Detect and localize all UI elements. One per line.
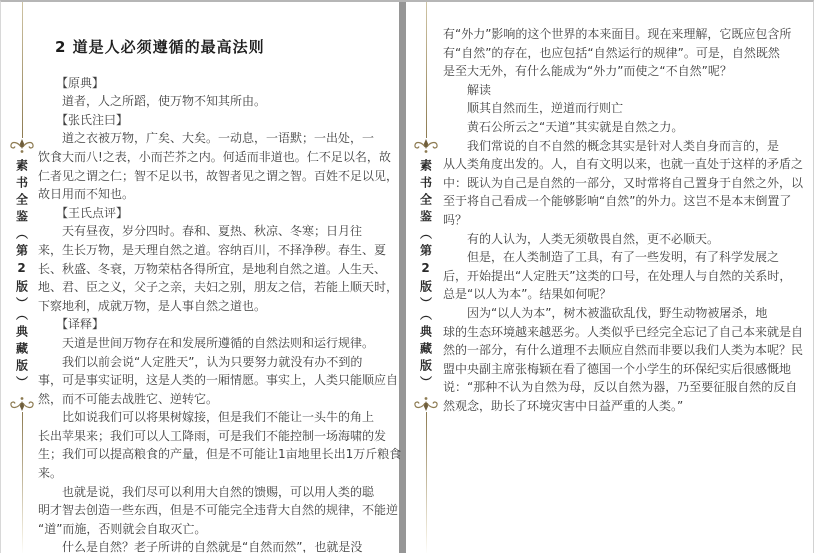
text-line: “道”而施，否则就会自取灭亡。 <box>38 520 396 539</box>
fleuron-icon <box>413 138 439 154</box>
fleuron-icon <box>9 396 35 412</box>
text-line: 天道是世间万物存在和发展所遵循的自然法则和运行规律。 <box>38 334 396 353</box>
text-line: 至于将自己看成一个能够影响“自然”的外力。这岂不是本末倒置了 <box>443 192 797 211</box>
text-line: 长、秋盛、冬衰，万物荣枯各得所宜，是地利自然之道。人生天、 <box>38 260 396 279</box>
text-line: 饮食大而八!之表，小而芒芥之内。何适而非道也。仁不足以名，故 <box>38 148 396 167</box>
left-page-body: 2 道是人必须遵循的最高法则 【原典】 道者，人之所蹈，使万物不知其所由。 【张… <box>38 38 396 553</box>
book-spread: 素书全鉴（第2版）（典藏版） <box>0 0 814 553</box>
chapter-title: 2 道是人必须遵循的最高法则 <box>38 38 396 57</box>
text-line: 解读 <box>443 81 797 100</box>
text-line: 【原典】 <box>38 74 396 93</box>
text-line: 长出苹果来；我们可以人工降雨，可是我们不能控制一场海啸的发 <box>38 427 396 446</box>
ornament-rule-top <box>426 2 427 138</box>
text-line: 因为“以人为本”，树木被滥砍乱伐，野生动物被屠杀，地 <box>443 304 797 323</box>
text-line: 也就是说，我们尽可以利用大自然的馈赐，可以用人类的聪 <box>38 483 396 502</box>
text-line: 黄石公所云之“天道”其实就是自然之力。 <box>443 118 797 137</box>
text-line: 顺其自然而生，逆道而行则亡 <box>443 99 797 118</box>
right-margin-ornament: 素书全鉴（第2版）（典藏版） <box>413 2 439 553</box>
text-line: 比如说我们可以将果树嫁接，但是我们不能让一头牛的角上 <box>38 408 396 427</box>
text-line: 道之衣被万物，广矣、大矣。一动息，一语默；一出处，一 <box>38 129 396 148</box>
text-line: 盟中央副主席张梅颖在看了德国一个小学生的环保纪实后很感慨地 <box>443 360 797 379</box>
text-line: 中：既认为自己是自然的一部分，又时常将自己置身于自然之外，以 <box>443 174 797 193</box>
series-title-vertical: 素书全鉴（第2版）（典藏版） <box>14 159 31 393</box>
text-line: 【王氏点评】 <box>38 204 396 223</box>
text-line: 吗？ <box>443 211 797 230</box>
text-line: 说：“那种不认为自然为母，反以自然为器，乃至要征服自然的反自 <box>443 378 797 397</box>
right-page-text: 有“外力”影响的这个世界的本来面目。现在来理解，它既应包含所有“自然”的存在，也… <box>443 25 797 415</box>
text-line: 从人类角度出发的。人，自有文明以来，也就一直处于这样的矛盾之 <box>443 155 797 174</box>
text-line: 后，开始提出“人定胜天”这类的口号，在处理人与自然的关系时， <box>443 267 797 286</box>
text-line: 事，可是事实证明，这是人类的一厢情愿。事实上，人类只能顺应自 <box>38 371 396 390</box>
left-page-text: 【原典】 道者，人之所蹈，使万物不知其所由。 【张氏注曰】 道之衣被万物，广矣、… <box>38 74 396 553</box>
right-page-body: 有“外力”影响的这个世界的本来面目。现在来理解，它既应包含所有“自然”的存在，也… <box>443 25 797 415</box>
text-line: 然观念，助长了环境灾害中日益严重的人类。” <box>443 397 797 416</box>
fleuron-icon <box>413 396 439 412</box>
text-line: 是至大无外，有什么能成为“外力”而使之“不自然”呢？ <box>443 62 797 81</box>
fleuron-icon <box>9 138 35 154</box>
page-gutter-divider <box>399 2 406 553</box>
text-line: 明才智去创造一些东西，但是不可能完全违背大自然的规律，不能逆 <box>38 501 396 520</box>
ornament-rule-bottom <box>22 412 23 553</box>
text-line: 总是“以人为本”。结果如何呢？ <box>443 285 797 304</box>
text-line: 有“自然”的存在，也应包括“自然运行的规律”。可是，自然既然 <box>443 44 797 63</box>
text-line: 但是，在人类制造了工具，有了一些发明，有了科学发展之 <box>443 248 797 267</box>
text-line: 【张氏注曰】 <box>38 111 396 130</box>
text-line: 下察地利，成就万物，是人事自然之道也。 <box>38 297 396 316</box>
text-line: 地、君、臣之义，父子之亲，夫妇之别，朋友之信，若能上顺天时， <box>38 278 396 297</box>
text-line: 【译释】 <box>38 315 396 334</box>
text-line: 道者，人之所蹈，使万物不知其所由。 <box>38 92 396 111</box>
series-title-vertical: 素书全鉴（第2版）（典藏版） <box>418 159 435 393</box>
text-line: 我们常说的自不自然的概念其实是针对人类自身而言的，是 <box>443 137 797 156</box>
text-line: 来。 <box>38 464 396 483</box>
text-line: 然的一部分，有什么道理不去顺应自然而非要以我们人类为本呢？民 <box>443 341 797 360</box>
ornament-rule-top <box>22 2 23 138</box>
text-line: 仁者见之谓之仁；智不足以书，故智者见之谓之智。百姓不足以见， <box>38 167 396 186</box>
text-line: 什么是自然？老子所讲的自然就是“自然而然”，也就是没 <box>38 538 396 553</box>
text-line: 生；我们可以提高粮食的产量，但是不可能让1亩地里长出1万斤粮食 <box>38 445 396 464</box>
ornament-rule-bottom <box>426 412 427 553</box>
text-line: 球的生态环境越来越恶劣。人类似乎已经完全忘记了自己本来就是自 <box>443 323 797 342</box>
text-line: 我们以前会说“人定胜天”，认为只要努力就没有办不到的 <box>38 353 396 372</box>
text-line: 然，而不可能去战胜它、逆转它。 <box>38 390 396 409</box>
text-line: 有的人认为，人类无须敬畏自然，更不必顺天。 <box>443 230 797 249</box>
text-line: 来，生长万物，是天理自然之道。容纳百川，不择净秽。春生、夏 <box>38 241 396 260</box>
left-margin-ornament: 素书全鉴（第2版）（典藏版） <box>9 2 35 553</box>
text-line: 故日用而不知也。 <box>38 185 396 204</box>
text-line: 天有昼夜，岁分四时。春和、夏热、秋凉、冬寒；日月往 <box>38 222 396 241</box>
text-line: 有“外力”影响的这个世界的本来面目。现在来理解，它既应包含所 <box>443 25 797 44</box>
